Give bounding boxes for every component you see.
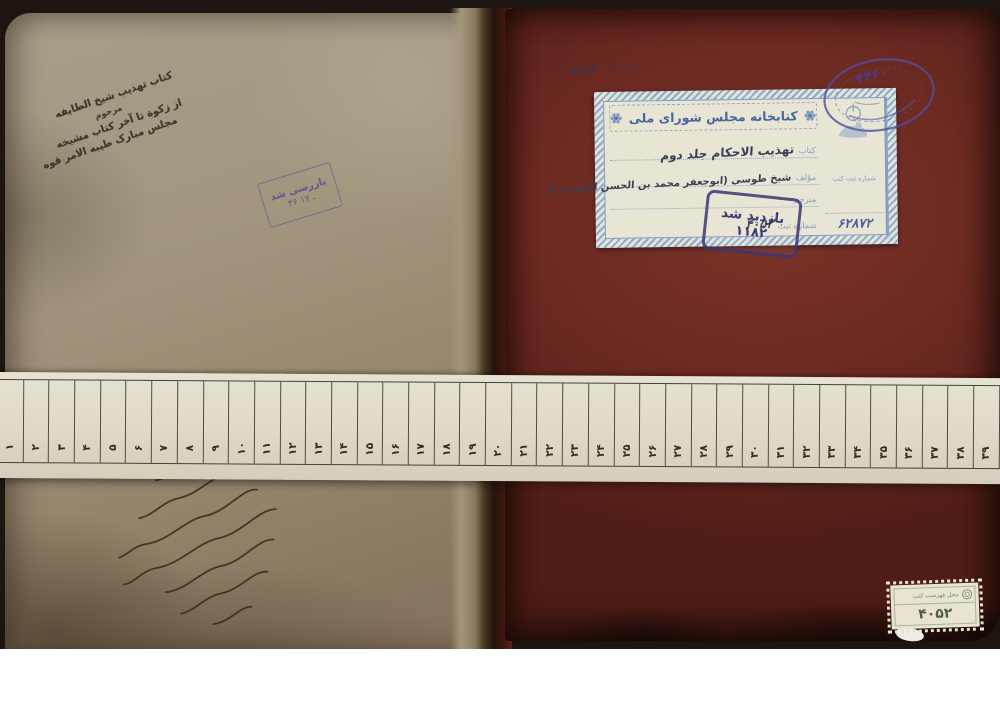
ruler-numeral: ۳۳ bbox=[826, 446, 838, 459]
ruler-cell: ۳۷ bbox=[923, 386, 949, 468]
ruler-numeral: ۱۸ bbox=[441, 443, 453, 456]
ruler-numeral: ۱۷ bbox=[415, 443, 427, 456]
field-label: کتاب bbox=[798, 146, 815, 156]
shelf-annotation-number: ۵۶۸۷ bbox=[570, 62, 596, 77]
ruler-numeral: ۲۹ bbox=[723, 445, 735, 458]
ruler-numeral: ۲۱ bbox=[518, 444, 530, 457]
ruler-cell: ۳۲ bbox=[794, 385, 820, 467]
catalog-label-number: ۴۰۵۲ bbox=[895, 603, 976, 626]
ruler-numeral: ۶ bbox=[133, 445, 145, 451]
ruler-numeral: ۸ bbox=[184, 445, 196, 451]
ruler-cell: ۲ bbox=[23, 380, 49, 462]
manuscript-photo: کتاب تهذیب شیخ الطایفه مرحوم از زکوة تا … bbox=[0, 0, 1000, 649]
ruler-numeral: ۱۰ bbox=[235, 442, 247, 455]
ruler-numeral: ۱۳ bbox=[312, 443, 324, 456]
ruler-cell: ۲۱ bbox=[512, 383, 538, 465]
ruler-numeral: ۵ bbox=[107, 444, 119, 450]
ruler-cell: ۱۵ bbox=[357, 382, 383, 464]
ruler-numeral: ۱۶ bbox=[389, 443, 401, 456]
ruler-numeral: ۷ bbox=[158, 445, 170, 451]
ruler-numeral: ۲۶ bbox=[646, 445, 658, 458]
visit-stamp: بازدید شد ۱۱۸۲ bbox=[701, 189, 803, 259]
ruler-numeral: ۳۲ bbox=[800, 445, 812, 458]
ruler-cell: ۸ bbox=[178, 381, 204, 463]
field-book: کتاب تهذیب الاحکام جلد دوم bbox=[610, 131, 818, 160]
ruler-cell: ۱۲ bbox=[280, 382, 306, 464]
ruler-cell: ۲۰ bbox=[486, 383, 512, 465]
ruler-cell: ۳۳ bbox=[820, 385, 846, 467]
ruler-numeral: ۲۷ bbox=[672, 445, 684, 458]
ruler-numeral: ۴ bbox=[81, 444, 93, 450]
ruler-cell: ۲۴ bbox=[589, 384, 615, 466]
ruler-numeral: ۲۵ bbox=[621, 444, 633, 457]
shelf-annotation-letters: ن ـ ل bbox=[609, 60, 634, 75]
ruler-scale: ۱۲۳۴۵۶۷۸۹۱۰۱۱۱۲۱۳۱۴۱۵۱۶۱۷۱۸۱۹۲۰۲۱۲۲۲۳۲۴۲… bbox=[0, 379, 1000, 469]
ruler-numeral: ۱۲ bbox=[287, 442, 299, 455]
ruler-numeral: ۳۸ bbox=[955, 446, 967, 459]
ruler-cell: ۱۰ bbox=[229, 381, 255, 463]
measuring-tape: ۱۲۳۴۵۶۷۸۹۱۰۱۱۱۲۱۳۱۴۱۵۱۶۱۷۱۸۱۹۲۰۲۱۲۲۲۳۲۴۲… bbox=[0, 372, 1000, 484]
field-author: مؤلف شیخ طوسی (ابوجعفر محمد بن الحسن الط… bbox=[610, 158, 818, 188]
ruler-cell: ۳۱ bbox=[768, 385, 794, 467]
ruler-numeral: ۳۴ bbox=[852, 446, 864, 459]
ruler-cell: ۳۰ bbox=[743, 385, 769, 467]
ruler-cell: ۱۳ bbox=[306, 382, 332, 464]
ruler-numeral: ۳۵ bbox=[878, 446, 890, 459]
ruler-numeral: ۱ bbox=[4, 444, 16, 450]
seal-icon bbox=[961, 589, 972, 600]
ruler-numeral: ۱۱ bbox=[261, 442, 273, 455]
ruler-cell: ۱۱ bbox=[255, 382, 281, 464]
ruler-cell: ۴ bbox=[75, 380, 101, 462]
ruler-cell: ۲۳ bbox=[563, 383, 589, 465]
ruler-numeral: ۱۴ bbox=[338, 443, 350, 456]
ruler-numeral: ۲۸ bbox=[698, 445, 710, 458]
ruler-numeral: ۲۳ bbox=[569, 444, 581, 457]
catalog-label: محل فهرست کتب ۴۰۵۲ bbox=[890, 582, 979, 629]
ruler-numeral: ۳۹ bbox=[980, 447, 992, 460]
ruler-cell: ۱۸ bbox=[434, 383, 460, 465]
ruler-cell: ۹ bbox=[203, 381, 229, 463]
visit-stamp-text: بازدید شد bbox=[720, 205, 785, 228]
visit-stamp-number: ۱۱۸۲ bbox=[735, 223, 768, 241]
ruler-cell: ۳۵ bbox=[871, 385, 897, 467]
ruler-numeral: ۳۱ bbox=[775, 445, 787, 458]
ruler-numeral: ۲۴ bbox=[595, 444, 607, 457]
ruler-cell: ۵ bbox=[101, 381, 127, 463]
ruler-numeral: ۱۵ bbox=[364, 443, 376, 456]
ruler-cell: ۷ bbox=[152, 381, 178, 463]
ruler-cell: ۶ bbox=[126, 381, 152, 463]
ruler-numeral: ۳۰ bbox=[749, 445, 761, 458]
ruler-cell: ۱ bbox=[0, 380, 24, 462]
ruler-cell: ۲۹ bbox=[717, 384, 743, 466]
ruler-numeral: ۳۷ bbox=[929, 446, 941, 459]
ruler-numeral: ۲۰ bbox=[492, 444, 504, 457]
ruler-numeral: ۹ bbox=[210, 445, 222, 451]
side-registration-number: ۶۲۸۷۲ bbox=[826, 212, 884, 232]
oval-stamp-number: ۴۴۶۰ bbox=[855, 64, 890, 87]
catalog-label-caption: محل فهرست کتب bbox=[897, 591, 959, 600]
ruler-cell: ۳۴ bbox=[845, 385, 871, 467]
ruler-cell: ۲۲ bbox=[537, 383, 563, 465]
bookplate-header: کتابخانه مجلس شورای ملی bbox=[609, 102, 817, 132]
ruler-numeral: ۱۹ bbox=[467, 443, 479, 456]
ruler-numeral: ۲۲ bbox=[544, 444, 556, 457]
ruler-cell: ۱۹ bbox=[460, 383, 486, 465]
ruler-cell: ۲۷ bbox=[666, 384, 692, 466]
library-title: کتابخانه مجلس شورای ملی bbox=[629, 108, 798, 125]
ruler-cell: ۲۸ bbox=[691, 384, 717, 466]
ruler-cell: ۱۴ bbox=[332, 382, 358, 464]
ruler-cell: ۲۶ bbox=[640, 384, 666, 466]
ruler-cell: ۳۶ bbox=[897, 385, 923, 467]
rosette-icon bbox=[805, 109, 817, 122]
ruler-cell: ۱۶ bbox=[383, 382, 409, 464]
field-label: مؤلف bbox=[796, 173, 816, 183]
ruler-cell: ۳۸ bbox=[948, 386, 974, 468]
ruler-cell: ۲۵ bbox=[614, 384, 640, 466]
ruler-numeral: ۳۶ bbox=[903, 446, 915, 459]
side-caption: شماره ثبت کتب bbox=[832, 174, 876, 183]
ruler-numeral: ۲ bbox=[30, 444, 42, 450]
ruler-cell: ۱۷ bbox=[409, 383, 435, 465]
ruler-numeral: ۳ bbox=[56, 444, 68, 450]
book-spine-gutter bbox=[450, 8, 512, 649]
ruler-cell: ۳۹ bbox=[974, 386, 1000, 468]
catalog-label-inner: محل فهرست کتب ۴۰۵۲ bbox=[893, 586, 976, 627]
rosette-icon bbox=[610, 112, 622, 125]
ruler-cell: ۳ bbox=[49, 380, 75, 462]
